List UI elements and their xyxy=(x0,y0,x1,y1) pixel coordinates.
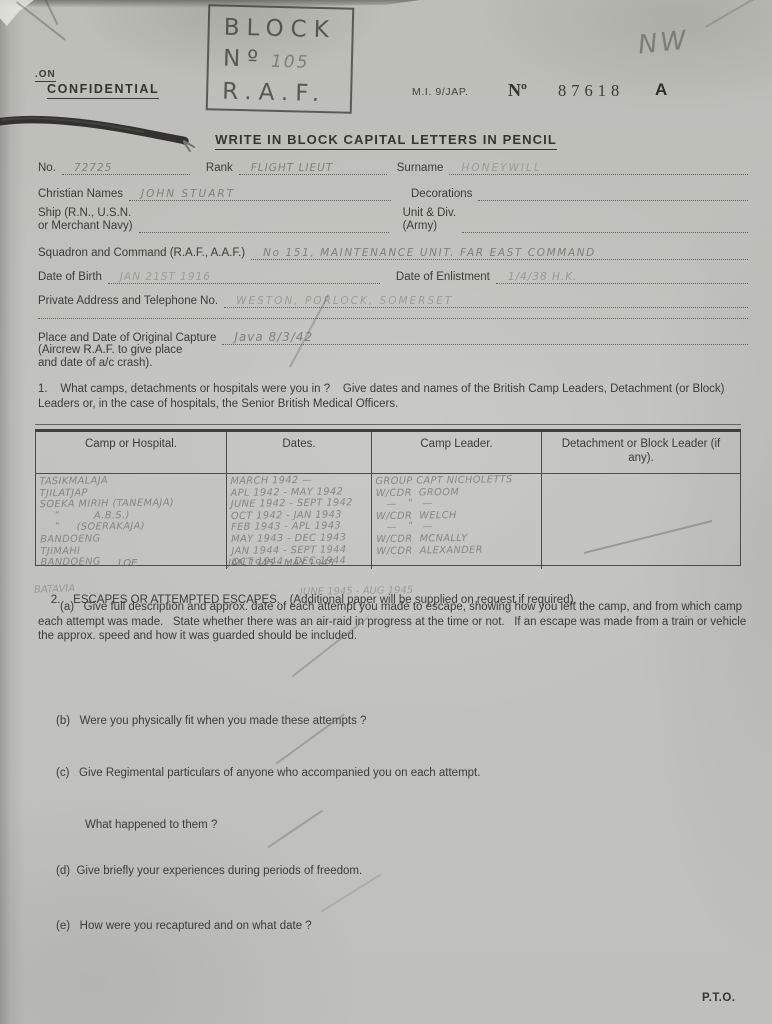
rank-field: FLIGHT LIEUT xyxy=(239,160,387,175)
confidential-text: CONFIDENTIAL xyxy=(47,82,159,99)
enlistment-field: 1/4/38 H.K. xyxy=(496,269,748,284)
pencil-slash xyxy=(584,520,712,553)
stamp-line-no: Nº105 xyxy=(223,44,352,80)
christian-names-label: Christian Names xyxy=(38,188,129,201)
stamp-line-raf: R.A.F. xyxy=(222,77,351,111)
pencil-scratch xyxy=(321,874,381,912)
no-field: 72725 xyxy=(62,160,190,175)
paper-crease xyxy=(16,1,66,41)
capture-label-line2: (Aircrew R.A.F. to give place xyxy=(38,344,182,357)
stamp-block-number-value: 105 xyxy=(271,52,310,73)
overflow-dates-1: JAN 1945 - MAY 1945 xyxy=(228,558,334,569)
col-header-leader: Camp Leader. xyxy=(371,432,541,474)
row-squadron: Squadron and Command (R.A.F., A.A.F.) No… xyxy=(38,245,748,260)
dob-value: JAN 21ST 1916 xyxy=(120,271,211,283)
address-continuation-line xyxy=(38,304,748,319)
question-2d: (d) Give briefly your experiences during… xyxy=(56,864,736,879)
block-raf-stamp: BLOCK Nº105 R.A.F. xyxy=(206,4,355,114)
enlistment-value: 1/4/38 H.K. xyxy=(508,271,578,283)
christian-names-value: JOHN STUART xyxy=(141,188,235,200)
camp-table: Camp or Hospital. Dates. Camp Leader. De… xyxy=(35,429,741,566)
paper-crease xyxy=(705,0,772,28)
pto-note: P.T.O. xyxy=(702,992,735,1004)
row-ship-unit: Ship (R.N., U.S.N. or Merchant Navy) Uni… xyxy=(38,207,748,233)
squadron-label: Squadron and Command (R.A.F., A.A.F.) xyxy=(38,247,251,260)
table-top-rule xyxy=(35,424,741,425)
camp-cell: TASIKMALAJATJILATJAPSOEKA MIRIH (TANEMAJ… xyxy=(36,474,226,569)
col-header-camp: Camp or Hospital. xyxy=(36,432,226,474)
dob-label: Date of Birth xyxy=(38,271,108,284)
question-2b: (b) Were you physically fit when you mad… xyxy=(56,714,716,729)
unit-field xyxy=(462,218,748,233)
ship-field xyxy=(139,218,389,233)
squadron-field: No 151, MAINTENANCE UNIT. FAR EAST COMMA… xyxy=(251,245,748,260)
enlistment-label: Date of Enlistment xyxy=(380,271,496,284)
question-2c: (c) Give Regimental particulars of anyon… xyxy=(56,766,736,781)
pencil-initials: NW xyxy=(637,25,691,60)
serial-suffix: A xyxy=(655,80,667,100)
row-no-rank-surname: No. 72725 Rank FLIGHT LIEUT Surname HONE… xyxy=(38,160,748,175)
dates-cell: MARCH 1942 —APL 1942 - MAY 1942JUNE 1942… xyxy=(226,474,371,569)
page-title: WRITE IN BLOCK CAPITAL LETTERS IN PENCIL xyxy=(0,131,772,149)
scanned-pow-questionnaire-page: .ON CONFIDENTIAL BLOCK Nº105 R.A.F. NW M… xyxy=(0,0,772,1024)
decorations-field xyxy=(478,186,748,201)
overflow-camp-1: LOE xyxy=(118,558,137,569)
christian-names-field: JOHN STUART xyxy=(129,186,391,201)
serial-number: 87618 xyxy=(558,81,624,101)
stamp-line-block: BLOCK xyxy=(223,13,352,47)
decorations-label: Decorations xyxy=(391,188,478,201)
dob-field: JAN 21ST 1916 xyxy=(108,269,380,284)
detachment-cell xyxy=(541,474,740,569)
mi-reference: M.I. 9/JAP. xyxy=(412,86,469,98)
col-header-dates: Dates. xyxy=(226,432,371,474)
surname-field: HONEYWILL xyxy=(449,160,748,175)
rank-value: FLIGHT LIEUT xyxy=(251,162,333,174)
row-capture: Place and Date of Original Capture Java … xyxy=(38,330,748,345)
ship-label: Ship (R.N., U.S.N. or Merchant Navy) xyxy=(38,207,139,233)
rank-label: Rank xyxy=(190,162,239,175)
capture-label-line3: and date of a/c crash). xyxy=(38,357,152,370)
surname-label: Surname xyxy=(387,162,450,175)
confidential-stamp: CONFIDENTIAL xyxy=(47,80,159,98)
row-dob-enlistment: Date of Birth JAN 21ST 1916 Date of Enli… xyxy=(38,269,748,284)
no-value: 72725 xyxy=(74,162,112,174)
question-2a: (a) Give full description and approx. da… xyxy=(38,600,750,644)
question-2e: (e) How were you recaptured and on what … xyxy=(56,919,736,934)
leader-cell: GROUP CAPT NICHOLETTSW/CDR GROOM — ʺ —W/… xyxy=(371,474,541,569)
no-label: No. xyxy=(38,162,62,175)
surname-value: HONEYWILL xyxy=(461,162,541,174)
row-names-decorations: Christian Names JOHN STUART Decorations xyxy=(38,186,748,201)
question-2c-followup: What happened to them ? xyxy=(85,818,685,833)
serial-no-symbol: Nº xyxy=(508,80,527,101)
col-header-detachment: Detachment or Block Leader (if any). xyxy=(541,432,740,474)
question-1: 1. What camps, detachments or hospitals … xyxy=(38,382,750,411)
unit-label: Unit & Div. (Army) xyxy=(389,207,462,233)
squadron-value: No 151, MAINTENANCE UNIT. FAR EAST COMMA… xyxy=(263,247,596,259)
